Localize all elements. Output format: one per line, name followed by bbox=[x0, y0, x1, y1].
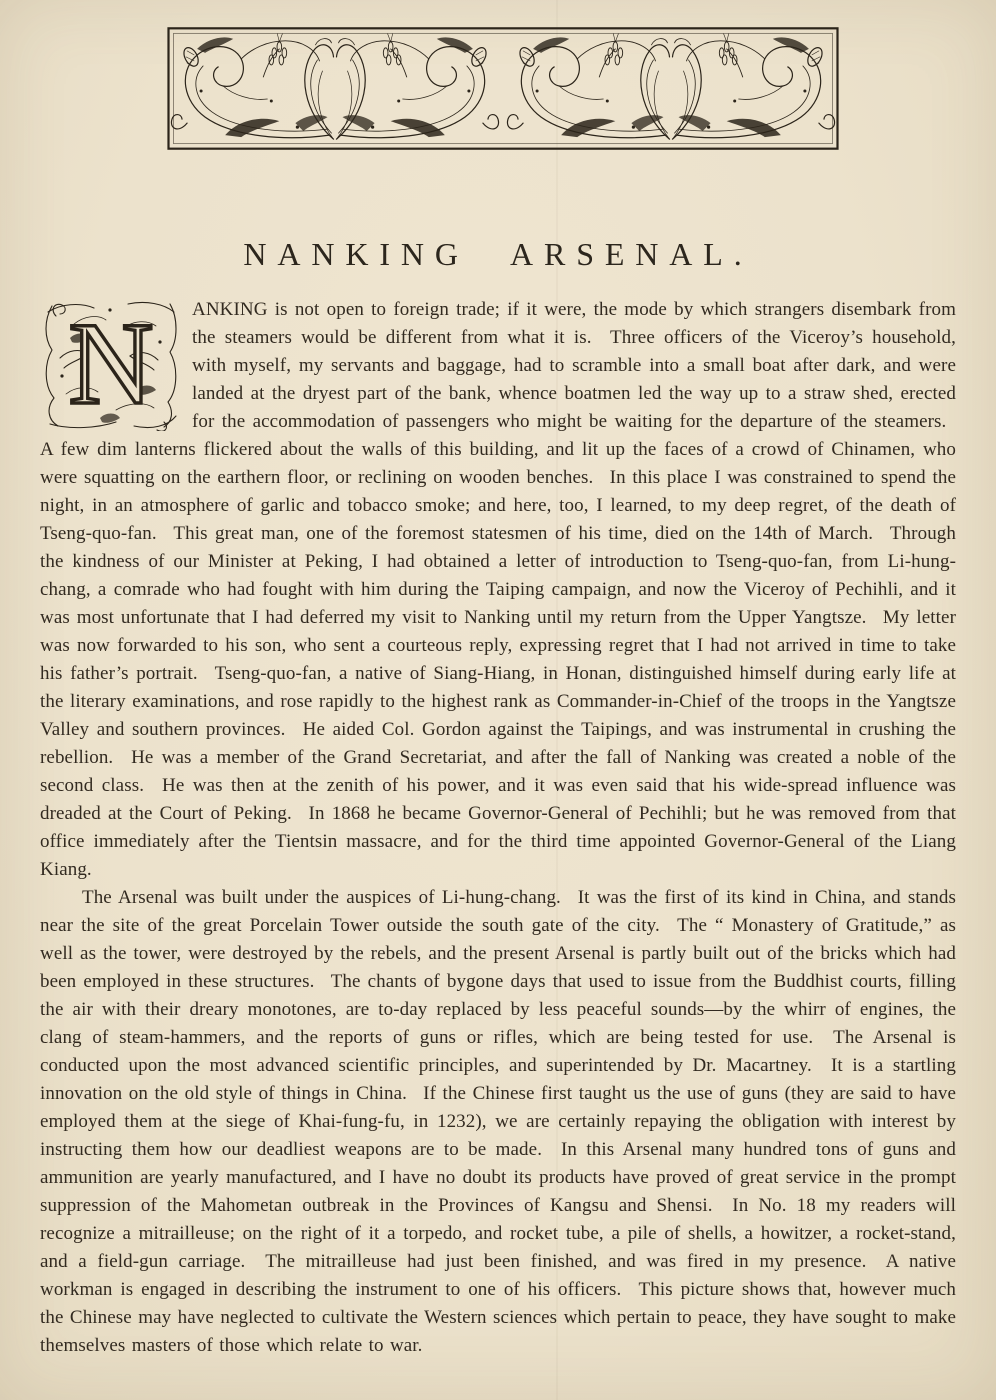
floral-band-icon bbox=[167, 26, 839, 151]
paragraph: N ANKING is not open to foreign trade; i… bbox=[40, 296, 956, 884]
paragraph: The Arsenal was built under the auspices… bbox=[40, 884, 956, 1360]
page-title: NANKING ARSENAL. bbox=[0, 236, 996, 273]
book-page: NANKING ARSENAL. bbox=[0, 0, 996, 1400]
article-body: N ANKING is not open to foreign trade; i… bbox=[40, 296, 956, 1360]
ornate-initial-icon: N bbox=[40, 298, 182, 431]
drop-cap: N bbox=[40, 298, 182, 431]
ornamental-headpiece bbox=[167, 26, 839, 151]
drop-cap-letter: N bbox=[68, 298, 153, 429]
